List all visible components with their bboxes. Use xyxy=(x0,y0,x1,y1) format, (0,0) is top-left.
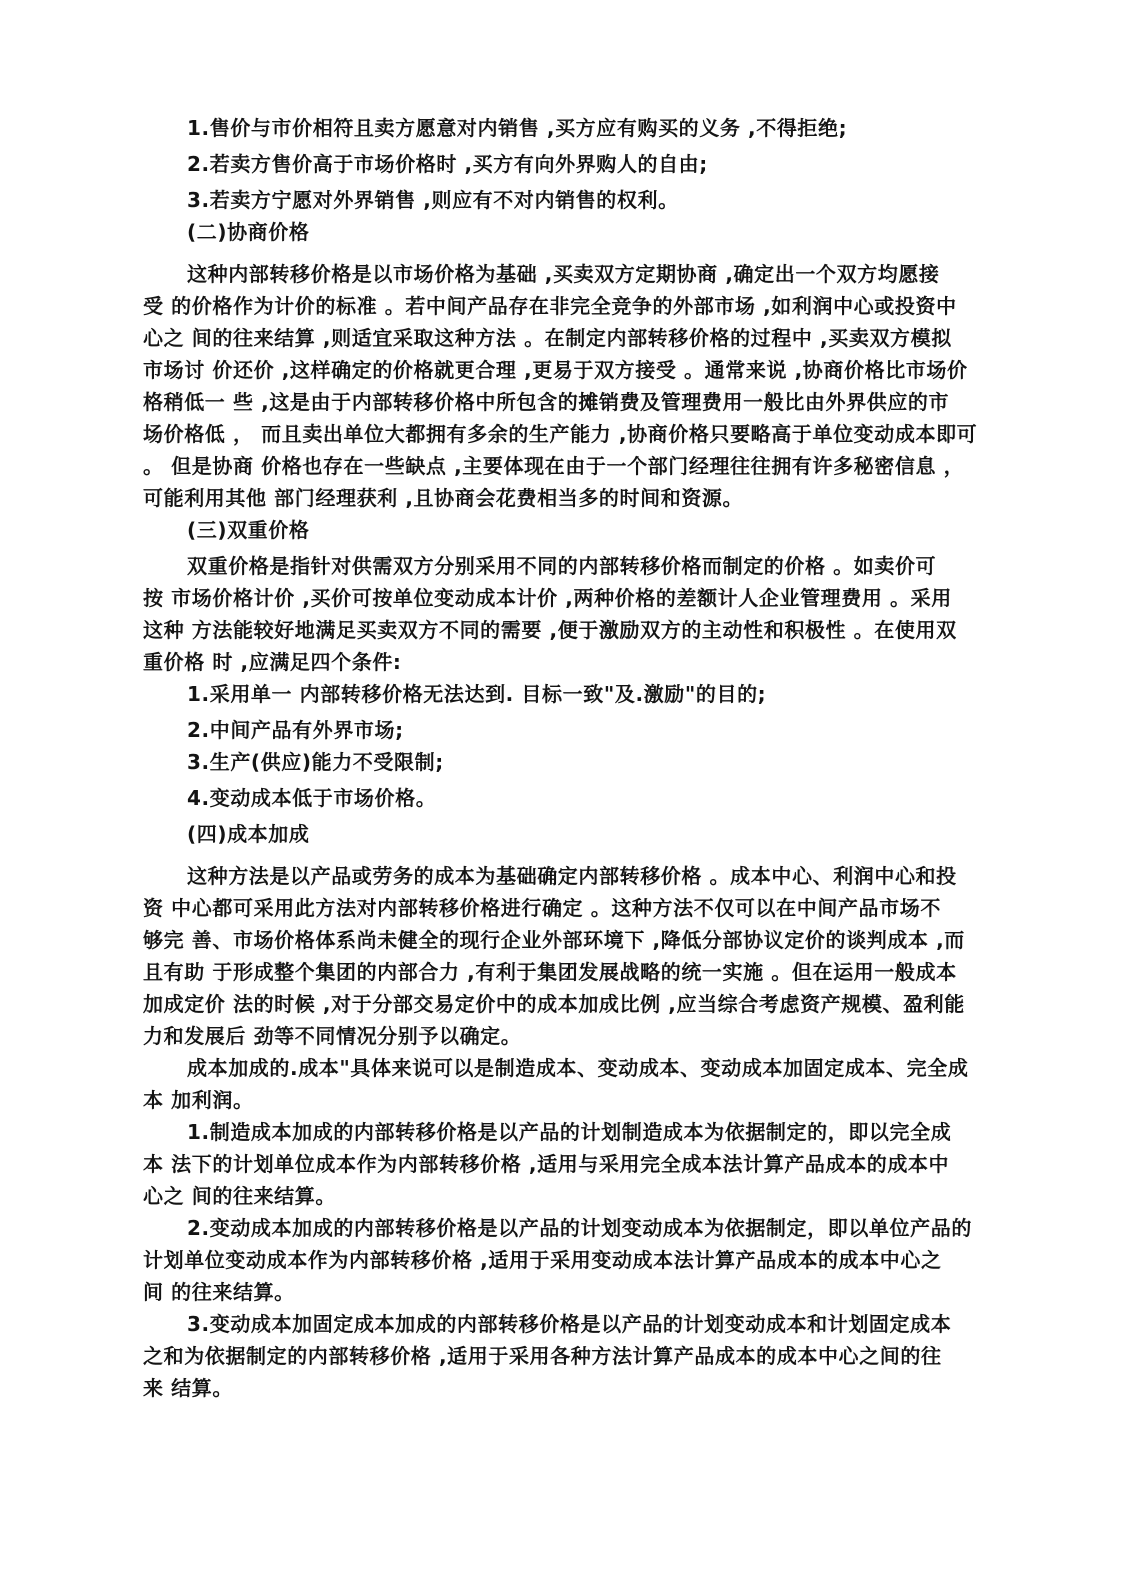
text-line: 且有助 于形成整个集团的内部合力 ,有利于集团发展战略的统一实施 。但在运用一般… xyxy=(143,956,1008,988)
text-line: 之和为依据制定的内部转移价格 ,适用于采用各种方法计算产品成本的成本中心之间的往 xyxy=(143,1340,1008,1372)
text-line: 加成定价 法的时候 ,对于分部交易定价中的成本加成比例 ,应当综合考虑资产规模、… xyxy=(143,988,1008,1020)
text-line: 资 中心都可采用此方法对内部转移价格进行确定 。这种方法不仅可以在中间产品市场不 xyxy=(143,892,1008,924)
text-line: 这种 方法能较好地满足买卖双方不同的需要 ,便于激励双方的主动性和积极性 。在使… xyxy=(143,614,1008,646)
text-line: 市场讨 价还价 ,这样确定的价格就更合理 ,更易于双方接受 。通常来说 ,协商价… xyxy=(143,354,1008,386)
text-line: 重价格 时 ,应满足四个条件: xyxy=(143,646,1008,678)
list-item: 3.若卖方宁愿对外界销售 ,则应有不对内销售的权利。 xyxy=(143,184,1008,216)
text-line: 场价格低 ， 而且卖出单位大都拥有多余的生产能力 ,协商价格只要略高于单位变动成… xyxy=(143,418,1008,450)
text-line: 按 市场价格计价 ,买价可按单位变动成本计价 ,两种价格的差额计人企业管理费用 … xyxy=(143,582,1008,614)
text-line: 计划单位变动成本作为内部转移价格 ,适用于采用变动成本法计算产品成本的成本中心之 xyxy=(143,1244,1008,1276)
text-line: 力和发展后 劲等不同情况分别予以确定。 xyxy=(143,1020,1008,1052)
text-line: 可能利用其他 部门经理获利 ,且协商会花费相当多的时间和资源。 xyxy=(143,482,1008,514)
text-line: 心之 间的往来结算。 xyxy=(143,1180,1008,1212)
list-item: 2.若卖方售价高于市场价格时 ,买方有向外界购人的自由; xyxy=(143,148,1008,180)
paragraph-start-line: 这种内部转移价格是以市场价格为基础 ,买卖双方定期协商 ,确定出一个双方均愿接 xyxy=(143,258,1008,290)
section-heading-negotiated-price: (二)协商价格 xyxy=(143,216,1008,248)
list-item: 4.变动成本低于市场价格。 xyxy=(143,782,1008,814)
text-line: 本 法下的计划单位成本作为内部转移价格 ,适用与采用完全成本法计算产品成本的成本… xyxy=(143,1148,1008,1180)
section-heading-dual-price: (三)双重价格 xyxy=(143,514,1008,546)
paragraph-start-line: 成本加成的.成本"具体来说可以是制造成本、变动成本、变动成本加固定成本、完全成 xyxy=(143,1052,1008,1084)
section-heading-cost-plus: (四)成本加成 xyxy=(143,818,1008,850)
text-line: 受 的价格作为计价的标准 。若中间产品存在非完全竞争的外部市场 ,如利润中心或投… xyxy=(143,290,1008,322)
paragraph-start-line: 2.变动成本加成的内部转移价格是以产品的计划变动成本为依据制定，即以单位产品的 xyxy=(143,1212,1008,1244)
text-line: 格稍低一 些 ,这是由于内部转移价格中所包含的摊销费及管理费用一般比由外界供应的… xyxy=(143,386,1008,418)
paragraph-start-line: 3.变动成本加固定成本加成的内部转移价格是以产品的计划变动成本和计划固定成本 xyxy=(143,1308,1008,1340)
list-item: 1.采用单一 内部转移价格无法达到. 目标一致"及.激励"的目的; xyxy=(143,678,1008,710)
list-item: 3.生产(供应)能力不受限制; xyxy=(143,746,1008,778)
paragraph-start-line: 这种方法是以产品或劳务的成本为基础确定内部转移价格 。成本中心、利润中心和投 xyxy=(143,860,1008,892)
text-line: 来 结算。 xyxy=(143,1372,1008,1404)
paragraph-start-line: 1.制造成本加成的内部转移价格是以产品的计划制造成本为依据制定的，即以完全成 xyxy=(143,1116,1008,1148)
list-item: 1.售价与市价相符且卖方愿意对内销售 ,买方应有购买的义务 ,不得拒绝; xyxy=(143,112,1008,144)
text-line: 心之 间的往来结算 ,则适宜采取这种方法 。在制定内部转移价格的过程中 ,买卖双… xyxy=(143,322,1008,354)
list-item: 2.中间产品有外界市场; xyxy=(143,714,1008,746)
text-line: 本 加利润。 xyxy=(143,1084,1008,1116)
text-line: 。 但是协商 价格也存在一些缺点 ,主要体现在由于一个部门经理往往拥有许多秘密信… xyxy=(143,450,1008,482)
text-line: 间 的往来结算。 xyxy=(143,1276,1008,1308)
paragraph-start-line: 双重价格是指针对供需双方分别采用不同的内部转移价格而制定的价格 。如卖价可 xyxy=(143,550,1008,582)
text-line: 够完 善、市场价格体系尚未健全的现行企业外部环境下 ,降低分部协议定价的谈判成本… xyxy=(143,924,1008,956)
document-page: 1.售价与市价相符且卖方愿意对内销售 ,买方应有购买的义务 ,不得拒绝; 2.若… xyxy=(0,0,1128,1570)
